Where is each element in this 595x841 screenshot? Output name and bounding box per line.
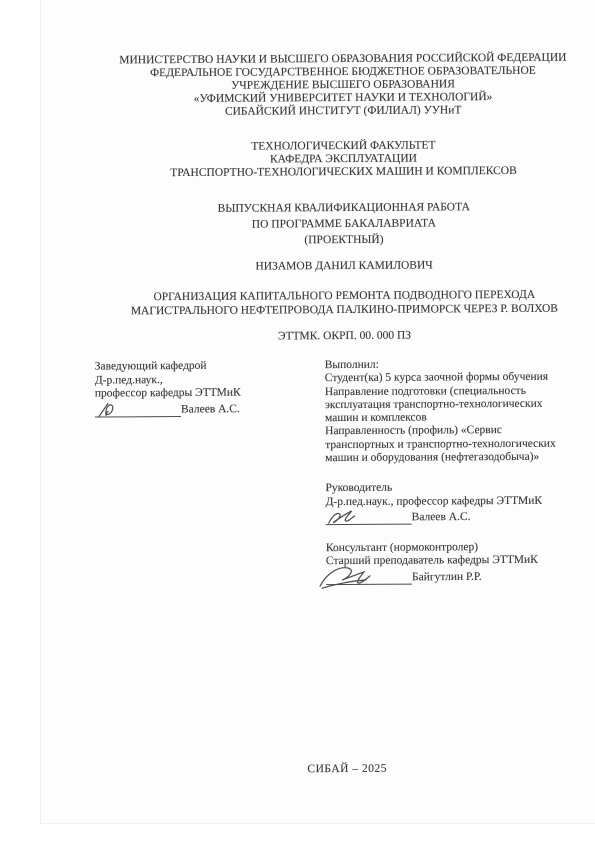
document-code: ЭТТМК. ОКРП. 00. 000 ПЗ (95, 328, 595, 343)
head-of-dept-title: профессор кафедры ЭТТМиК (95, 386, 325, 401)
head-of-dept-signature-row: Валеев А.С. (95, 402, 325, 417)
thesis-title: ОРГАНИЗАЦИЯ КАПИТАЛЬНОГО РЕМОНТА ПОДВОДН… (94, 287, 594, 318)
scanned-page: МИНИСТЕРСТВО НАУКИ И ВЫСШЕГО ОБРАЗОВАНИЯ… (40, 0, 595, 824)
signature-icon (318, 563, 388, 593)
title-page-content: МИНИСТЕРСТВО НАУКИ И ВЫСШЕГО ОБРАЗОВАНИЯ… (92, 0, 595, 826)
signature-line (326, 511, 412, 526)
header-line: СИБАЙСКИЙ ИНСТИТУТ (ФИЛИАЛ) УУНиТ (93, 103, 593, 119)
consultant-name: Байгутлин Р.Р. (412, 570, 482, 582)
consultant-signature-row: Байгутлин Р.Р. (326, 569, 595, 585)
signature-icon (97, 400, 123, 418)
work-type-line: (ПРОЕКТНЫЙ) (94, 230, 594, 249)
consultant-block: Консультант (нормоконтролер) Старший пре… (326, 540, 595, 584)
head-of-dept-degree: Д-р.пед.наук., (95, 373, 325, 388)
performed-line: транспортных и транспортно-технологическ… (325, 437, 595, 452)
signature-columns: Заведующий кафедрой Д-р.пед.наук., профе… (95, 357, 595, 586)
faculty-block: ТЕХНОЛОГИЧЕСКИЙ ФАКУЛЬТЕТ КАФЕДРА ЭКСПЛУ… (93, 138, 593, 180)
head-of-dept-position: Заведующий кафедрой (95, 359, 325, 374)
city-year-footer: СИБАЙ – 2025 (97, 761, 595, 776)
faculty-line: ТРАНСПОРТНО-ТЕХНОЛОГИЧЕСКИХ МАШИН И КОМП… (94, 164, 594, 180)
head-of-department-block: Заведующий кафедрой Д-р.пед.наук., профе… (95, 359, 326, 586)
supervisor-signature-row: Валеев А.С. (326, 509, 595, 525)
signature-line (326, 570, 412, 585)
supervisor-block: Руководитель Д-р.пед.наук., профессор ка… (325, 481, 595, 525)
thesis-title-line: МАГИСТРАЛЬНОГО НЕФТЕПРОВОДА ПАЛКИНО-ПРИМ… (94, 301, 594, 318)
ministry-header: МИНИСТЕРСТВО НАУКИ И ВЫСШЕГО ОБРАЗОВАНИЯ… (93, 51, 593, 119)
author-name: НИЗАМОВ ДАНИЛ КАМИЛОВИЧ (94, 258, 594, 273)
performed-line: машин и оборудования (нефтегазодобыча)» (325, 451, 595, 466)
work-type-block: ВЫПУСКНАЯ КВАЛИФИКАЦИОННАЯ РАБОТА ПО ПРО… (94, 198, 594, 249)
supervisor-title: Д-р.пед.наук., профессор кафедры ЭТТМиК (326, 494, 595, 509)
head-of-dept-name: Валеев А.С. (181, 403, 240, 415)
student-and-supervisors-block: Выполнил: Студент(ка) 5 курса заочной фо… (325, 357, 595, 584)
signature-line (95, 403, 181, 418)
signature-icon (328, 509, 362, 527)
supervisor-name: Валеев А.С. (412, 511, 471, 523)
